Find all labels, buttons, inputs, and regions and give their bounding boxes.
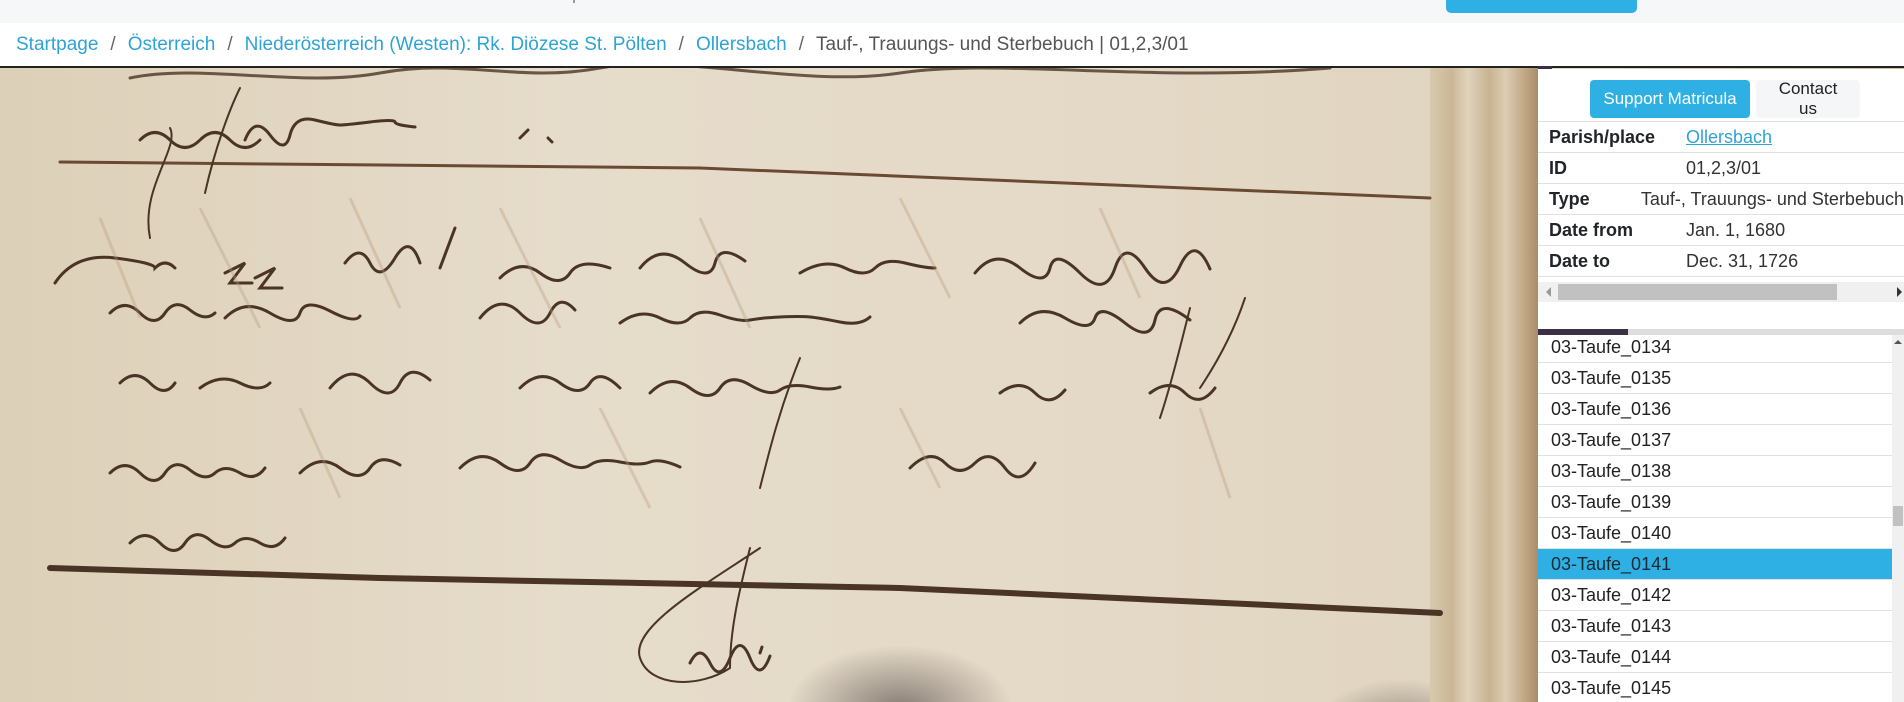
breadcrumb: Startpage / Österreich / Niederösterreic… <box>0 23 1904 66</box>
list-item[interactable]: 03-Taufe_0143 <box>1538 611 1892 642</box>
info-value: Dec. 31, 1726 <box>1686 251 1798 272</box>
info-value: 01,2,3/01 <box>1686 158 1761 179</box>
contact-us-button[interactable]: Contact us <box>1756 80 1860 118</box>
list-item[interactable]: 03-Taufe_0137 <box>1538 425 1892 456</box>
list-item[interactable]: 03-Taufe_0134 <box>1538 335 1892 363</box>
breadcrumb-country[interactable]: Österreich <box>128 34 216 56</box>
info-key: Type <box>1538 189 1641 210</box>
breadcrumb-diocese[interactable]: Niederösterreich (Westen): Rk. Diözese S… <box>245 34 667 56</box>
breadcrumb-separator: / <box>799 34 804 56</box>
panel-buttons: Support Matricula Contact us <box>1590 80 1860 118</box>
breadcrumb-parish[interactable]: Ollersbach <box>696 34 787 56</box>
breadcrumb-current: Tauf-, Trauungs- und Sterbebuch | 01,2,3… <box>816 34 1189 56</box>
side-panel: Support Matricula Contact us Parish/plac… <box>1538 69 1904 702</box>
scroll-up-arrow-icon[interactable] <box>1894 340 1902 344</box>
manuscript-handwriting <box>0 68 1540 702</box>
list-item-selected[interactable]: 03-Taufe_0141 <box>1538 549 1892 580</box>
register-info-table: Parish/place Ollersbach ID 01,2,3/01 Typ… <box>1538 121 1904 277</box>
page-list-vertical-scrollbar[interactable] <box>1892 335 1904 702</box>
info-value: Tauf-, Trauungs- und Sterbebuch <box>1641 189 1904 210</box>
list-item[interactable]: 03-Taufe_0140 <box>1538 518 1892 549</box>
info-row-type: Type Tauf-, Trauungs- und Sterbebuch <box>1538 184 1904 215</box>
scroll-right-arrow-icon[interactable] <box>1897 287 1902 297</box>
scroll-left-arrow-icon[interactable] <box>1546 287 1551 297</box>
breadcrumb-separator: / <box>110 34 115 56</box>
list-item[interactable]: 03-Taufe_0142 <box>1538 580 1892 611</box>
page-list: 03-Taufe_0134 03-Taufe_0135 03-Taufe_013… <box>1538 335 1904 702</box>
info-row-parish: Parish/place Ollersbach <box>1538 122 1904 153</box>
parish-link[interactable]: Ollersbach <box>1686 127 1772 148</box>
info-row-date-from: Date from Jan. 1, 1680 <box>1538 215 1904 246</box>
info-row-id: ID 01,2,3/01 <box>1538 153 1904 184</box>
list-item[interactable]: 03-Taufe_0135 <box>1538 363 1892 394</box>
info-horizontal-scrollbar[interactable] <box>1538 282 1904 302</box>
navbar-divider <box>573 0 575 3</box>
support-matricula-button[interactable]: Support Matricula <box>1590 80 1750 118</box>
list-item[interactable]: 03-Taufe_0136 <box>1538 394 1892 425</box>
scrollbar-thumb[interactable] <box>1893 506 1903 526</box>
top-navbar <box>0 0 1904 23</box>
breadcrumb-separator: / <box>679 34 684 56</box>
navbar-support-button[interactable] <box>1446 0 1637 13</box>
breadcrumb-startpage[interactable]: Startpage <box>16 34 98 56</box>
info-key: Parish/place <box>1538 127 1686 148</box>
breadcrumb-separator: / <box>227 34 232 56</box>
info-key: ID <box>1538 158 1686 179</box>
scrollbar-thumb[interactable] <box>1558 284 1837 300</box>
panel-header: Support Matricula Contact us Parish/plac… <box>1538 69 1904 329</box>
list-item[interactable]: 03-Taufe_0138 <box>1538 456 1892 487</box>
list-item[interactable]: 03-Taufe_0144 <box>1538 642 1892 673</box>
page-list-items: 03-Taufe_0134 03-Taufe_0135 03-Taufe_013… <box>1538 335 1892 702</box>
info-key: Date to <box>1538 251 1686 272</box>
info-key: Date from <box>1538 220 1686 241</box>
info-value: Jan. 1, 1680 <box>1686 220 1785 241</box>
list-item[interactable]: 03-Taufe_0145 <box>1538 673 1892 702</box>
list-item[interactable]: 03-Taufe_0139 <box>1538 487 1892 518</box>
info-row-date-to: Date to Dec. 31, 1726 <box>1538 246 1904 277</box>
